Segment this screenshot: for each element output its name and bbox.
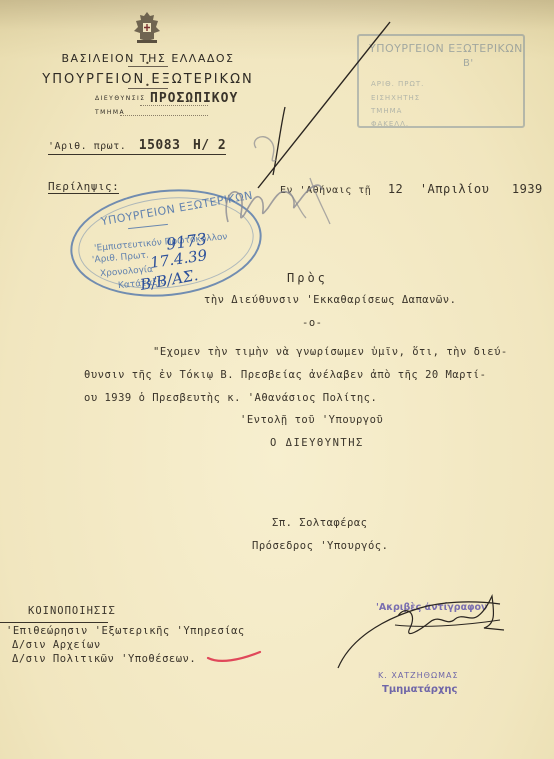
certified-copy-title: Τμηματάρχης <box>382 684 457 695</box>
section-line <box>120 115 208 116</box>
certified-copy-label: 'Ακριβὲς ἀντίγραφον <box>376 602 488 613</box>
ornament-divider <box>128 66 168 70</box>
received-stamp-row: ΕΙΣΗΧΗΤΗΣ <box>371 94 420 102</box>
directorate-label: ΔΙΕΥΘΥΝΣΙΣ <box>95 95 146 102</box>
royal-coat-of-arms-icon <box>132 11 162 45</box>
protocol-label: 'Αριθ. πρωτ. <box>48 141 126 152</box>
received-stamp: ΥΠΟΥΡΓΕΙΟΝ ΕΞΩΤΕΡΙΚΩΝ Β' ΑΡΙΘ. ΠΡΩΤ. ΕΙΣ… <box>357 34 525 128</box>
body-line-1: "Εχομεν τὴν τιμὴν νὰ γνωρίσωμεν ὑμῖν, ὅτ… <box>153 346 508 358</box>
received-stamp-row: ΦΑΚΕΛΛ. <box>371 120 409 128</box>
red-pencil-mark <box>208 652 260 661</box>
protocol-value: 15083 <box>139 138 181 153</box>
received-stamp-title: ΥΠΟΥΡΓΕΙΟΝ ΕΞΩΤΕΡΙΚΩΝ <box>369 42 523 55</box>
signer-name: Σπ. Σολταφέρας <box>272 517 368 529</box>
received-stamp-row: ΑΡΙΘ. ΠΡΩΤ. <box>371 80 424 88</box>
signer-title: Πρόσεδρος 'Υπουργός. <box>252 540 388 552</box>
separator: -ο- <box>302 317 322 329</box>
protocol-suffix: Η/ 2 <box>193 138 226 153</box>
distribution-heading: ΚΟΙΝΟΠΟΙΗΣΙΣ <box>28 605 116 617</box>
date-line: Εν 'Αθήναις τῇ 12 'Απριλίου 1939 <box>280 182 543 196</box>
received-stamp-subtitle: Β' <box>463 58 474 69</box>
date-day: 12 <box>388 182 403 196</box>
signature-underline <box>395 620 500 626</box>
distribution-item: Δ/σιν Αρχείων <box>12 639 101 651</box>
body-line-2: θυνσιν τῆς ἐν Τόκιῳ Β. Πρεσβείας ἀνέλαβε… <box>84 369 486 381</box>
addressee: τὴν Διεύθυνσιν 'Εκκαθαρίσεως Δαπανῶν. <box>204 294 456 306</box>
check-mark-stroke <box>273 107 285 175</box>
pencil-annotation <box>254 137 276 161</box>
date-year: 1939 <box>512 182 543 196</box>
distribution-rule <box>0 622 108 623</box>
date-month: 'Απριλίου <box>420 182 490 196</box>
summary-label: Περίληψις: <box>48 180 119 194</box>
directorate-value: ΠΡΟΣΩΠΙΚΟΥ <box>150 91 238 106</box>
certified-copy-name: Κ. ΧΑΤΖΗΘΩΜΑΣ <box>378 671 459 680</box>
protocol-number: 'Αριθ. πρωτ. 15083 Η/ 2 <box>48 138 226 155</box>
to-label: Πρὸς <box>287 271 328 285</box>
order-line: 'Εντολῇ τοῦ 'Υπουργοῦ <box>240 414 383 426</box>
director-title: Ο ΔΙΕΥΘΥΝΤΗΣ <box>270 437 364 449</box>
date-place: Εν 'Αθήναις τῇ <box>280 185 371 196</box>
distribution-item: Δ/σιν Πολιτικῶν 'Υποθέσεων. <box>12 653 196 665</box>
distribution-item: 'Επιθεώρησιν 'Εξωτερικῆς 'Υπηρεσίας <box>6 625 245 637</box>
body-line-3: ου 1939 ὁ Πρεσβευτὴς κ. 'Αθανάσιος Πολίτ… <box>84 392 377 404</box>
received-stamp-row: ΤΜΗΜΑ <box>371 107 402 115</box>
